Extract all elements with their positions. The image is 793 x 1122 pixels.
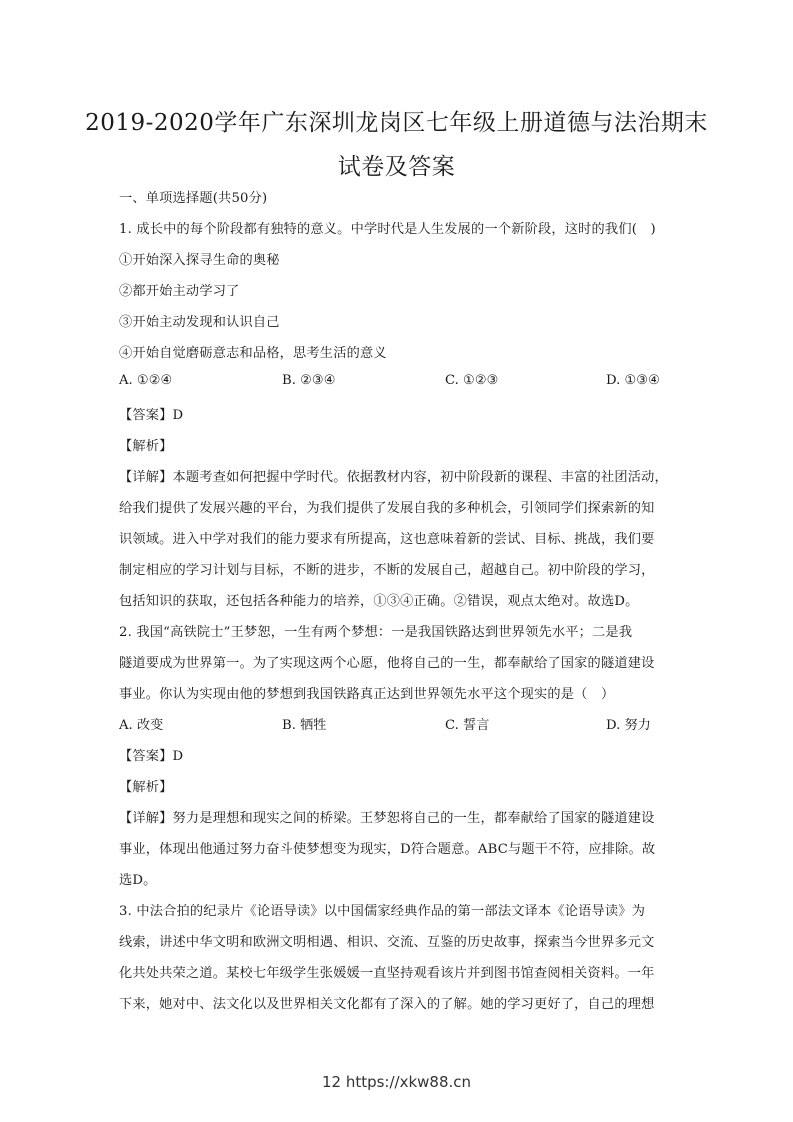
q1-answer: 【答案】D xyxy=(119,404,679,423)
q1-detail-1: 【详解】本题考查如何把握中学时代。依据教材内容，初中阶段新的课程、丰富的社团活动… xyxy=(119,466,679,485)
question-2-stem-2: 隧道要成为世界第一。为了实现这两个心愿，他将自己的一生，都奉献给了国家的隧道建设 xyxy=(119,652,679,671)
q2-option-a: A. 改变 xyxy=(119,714,163,733)
q1-analysis-label: 【解析】 xyxy=(119,435,679,454)
q1-option-d: D. ①③④ xyxy=(606,373,660,388)
q1-detail-2: 给我们提供了发展兴趣的平台，为我们提供了发展自我的多种机会，引领同学们探索新的知 xyxy=(119,497,679,516)
q1-statement-4: ④开始自觉磨砺意志和品格，思考生活的意义 xyxy=(119,342,679,361)
q2-option-b: B. 牺牲 xyxy=(282,714,326,733)
q1-statement-1: ①开始深入探寻生命的奥秘 xyxy=(119,249,679,268)
question-3-stem-3: 化共处共荣之道。某校七年级学生张媛媛一直坚持观看该片并到图书馆查阅相关资料。一年 xyxy=(119,962,679,981)
q2-detail-1: 【详解】努力是理想和现实之间的桥梁。王梦恕将自己的一生，都奉献给了国家的隧道建设 xyxy=(119,807,679,826)
page-footer: 12 https://xkw88.cn xyxy=(0,1073,793,1091)
q1-detail-5: 包括知识的获取，还包括各种能力的培养，①③④正确。②错误，观点太绝对。故选D。 xyxy=(119,590,679,609)
q2-answer: 【答案】D xyxy=(119,745,679,764)
q1-detail-3: 识领域。进入中学对我们的能力要求有所提高，这也意味着新的尝试、目标、挑战，我们要 xyxy=(119,528,679,547)
question-3-stem-4: 下来，她对中、法文化以及世界相关文化都有了深入的了解。她的学习更好了，自己的理想 xyxy=(119,993,679,1012)
q1-statement-2: ②都开始主动学习了 xyxy=(119,280,679,299)
q2-detail-2: 事业，体现出他通过努力奋斗使梦想变为现实，D符合题意。ABC与题干不符，应排除。… xyxy=(119,838,679,857)
document-title-line2: 试卷及答案 xyxy=(0,148,793,181)
q2-option-c: C. 誓言 xyxy=(445,714,489,733)
q1-option-c: C. ①②③ xyxy=(445,373,498,388)
q1-detail-4: 制定相应的学习计划与目标，不断的进步，不断的发展自己，超越自己。初中阶段的学习， xyxy=(119,559,679,578)
q2-analysis-label: 【解析】 xyxy=(119,776,679,795)
q2-option-d: D. 努力 xyxy=(606,714,651,733)
q2-detail-3: 选D。 xyxy=(119,869,679,888)
q1-statement-3: ③开始主动发现和认识自己 xyxy=(119,311,679,330)
question-1-stem: 1. 成长中的每个阶段都有独特的意义。中学时代是人生发展的一个新阶段，这时的我们… xyxy=(119,218,679,237)
question-3-stem-1: 3. 中法合拍的纪录片《论语导读》以中国儒家经典作品的第一部法文译本《论语导读》… xyxy=(119,900,679,919)
document-title-line1: 2019-2020学年广东深圳龙岗区七年级上册道德与法治期末 xyxy=(0,104,793,137)
question-3-stem-2: 线索，讲述中华文明和欧洲文明相遇、相识、交流、互鉴的历史故事，探索当今世界多元文 xyxy=(119,931,679,950)
q1-option-a: A. ①②④ xyxy=(119,373,172,388)
question-2-stem-3: 事业。你认为实现由他的梦想到我国铁路真正达到世界领先水平这个现实的是（ ） xyxy=(119,683,679,702)
section-heading: 一、单项选择题(共50分) xyxy=(119,187,679,206)
q1-option-b: B. ②③④ xyxy=(282,373,336,388)
question-2-stem-1: 2. 我国“高铁院士”王梦恕，一生有两个梦想：一是我国铁路达到世界领先水平；二是… xyxy=(119,621,679,640)
